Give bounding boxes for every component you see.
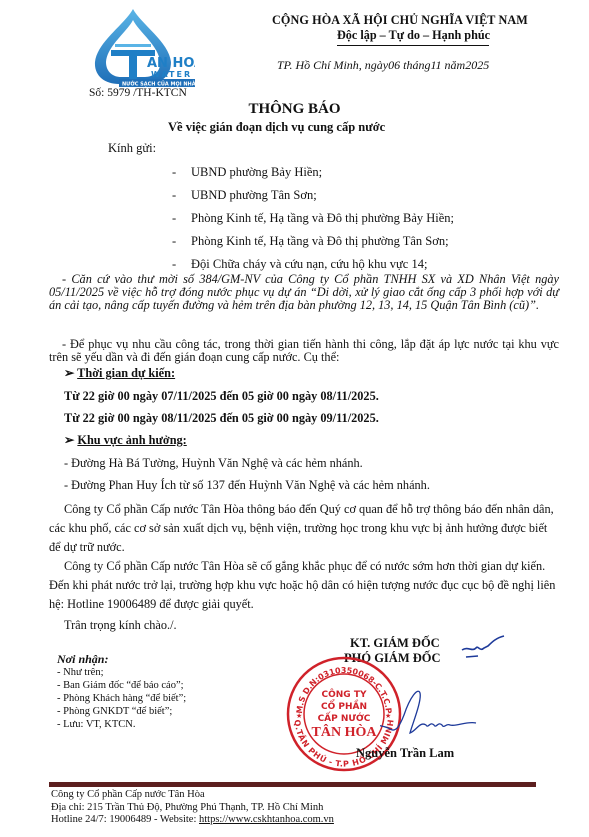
svg-text:CẤP NƯỚC: CẤP NƯỚC <box>318 711 371 724</box>
affected-heading: ➢ Khu vực ảnh hưởng: <box>64 433 187 448</box>
affected-area-item: - Đường Phan Huy Ích từ số 137 đến Huỳnh… <box>64 478 430 493</box>
handwritten-signature <box>380 685 480 745</box>
signer-title-primary: KT. GIÁM ĐỐC <box>350 636 440 651</box>
footer: Công ty Cổ phần Cấp nước Tân Hòa Địa chỉ… <box>51 789 334 827</box>
document-number: Số: 5979 /TH-KTCN <box>89 87 187 99</box>
notice-paragraph: Công ty Cổ phần Cấp nước Tân Hòa thông b… <box>49 500 559 557</box>
company-logo: AN HOA WATER NƯỚC SẠCH CỦA MỌI NHÀ <box>85 6 195 88</box>
commitment-paragraph: Công ty Cổ phần Cấp nước Tân Hòa sẽ cố g… <box>49 557 559 614</box>
footer-contact: Hotline 24/7: 19006489 - Website: https:… <box>51 814 334 827</box>
cc-list: - Như trên; - Ban Giám đốc “để báo cáo”;… <box>57 666 186 731</box>
purpose-paragraph: - Để phục vụ nhu cầu công tác, trong thờ… <box>49 338 559 364</box>
cc-item: - Ban Giám đốc “để báo cáo”; <box>57 679 186 692</box>
svg-text:★: ★ <box>296 712 302 720</box>
document-title: THÔNG BÁO <box>0 101 589 118</box>
svg-text:CỔ PHẦN: CỔ PHẦN <box>321 699 367 712</box>
schedule-item: Từ 22 giờ 00 ngày 07/11/2025 đến 05 giờ … <box>64 389 379 404</box>
arrow-bullet-icon: ➢ <box>64 366 74 380</box>
svg-text:TÂN HÒA: TÂN HÒA <box>312 723 378 740</box>
cc-item: - Như trên; <box>57 666 186 679</box>
greeting: Kính gửi: <box>108 141 156 156</box>
cc-item: - Phòng Khách hàng “để biết”; <box>57 692 186 705</box>
svg-text:CÔNG TY: CÔNG TY <box>322 688 367 700</box>
dateline: TP. Hồ Chí Minh, ngày06 tháng11 năm2025 <box>277 58 489 73</box>
footer-address: Địa chỉ: 215 Trần Thủ Độ, Phường Phú Thạ… <box>51 802 334 815</box>
closing: Trân trọng kính chào./. <box>64 618 177 633</box>
national-motto: Độc lập – Tự do – Hạnh phúc <box>337 28 490 43</box>
cc-item: - Lưu: VT, KTCN. <box>57 718 186 731</box>
affected-area-item: - Đường Hà Bá Tường, Huỳnh Văn Nghệ và c… <box>64 456 363 471</box>
cc-title: Nơi nhận: <box>57 652 108 667</box>
schedule-heading: ➢ Thời gian dự kiến: <box>64 366 175 381</box>
footer-company: Công ty Cổ phần Cấp nước Tân Hòa <box>51 789 334 802</box>
svg-text:AN HOA: AN HOA <box>147 56 195 71</box>
signer-name: Nguyễn Trần Lam <box>356 746 454 761</box>
cc-item: - Phòng GNKDT “để biết”; <box>57 705 186 718</box>
schedule-item: Từ 22 giờ 00 ngày 08/11/2025 đến 05 giờ … <box>64 411 379 426</box>
arrow-bullet-icon: ➢ <box>64 433 74 447</box>
basis-paragraph: - Căn cứ vào thư mời số 384/GM-NV của Cô… <box>49 273 559 312</box>
svg-text:WATER: WATER <box>151 70 192 79</box>
footer-divider <box>49 782 536 787</box>
initials-mark-icon <box>458 630 508 665</box>
website-link[interactable]: https://www.cskhtanhoa.com.vn <box>199 814 334 825</box>
national-heading: CỘNG HÒA XÃ HỘI CHỦ NGHĨA VIỆT NAM <box>272 13 528 28</box>
motto-underline <box>337 45 489 46</box>
document-subtitle: Về việc gián đoạn dịch vụ cung cấp nước <box>168 120 385 135</box>
